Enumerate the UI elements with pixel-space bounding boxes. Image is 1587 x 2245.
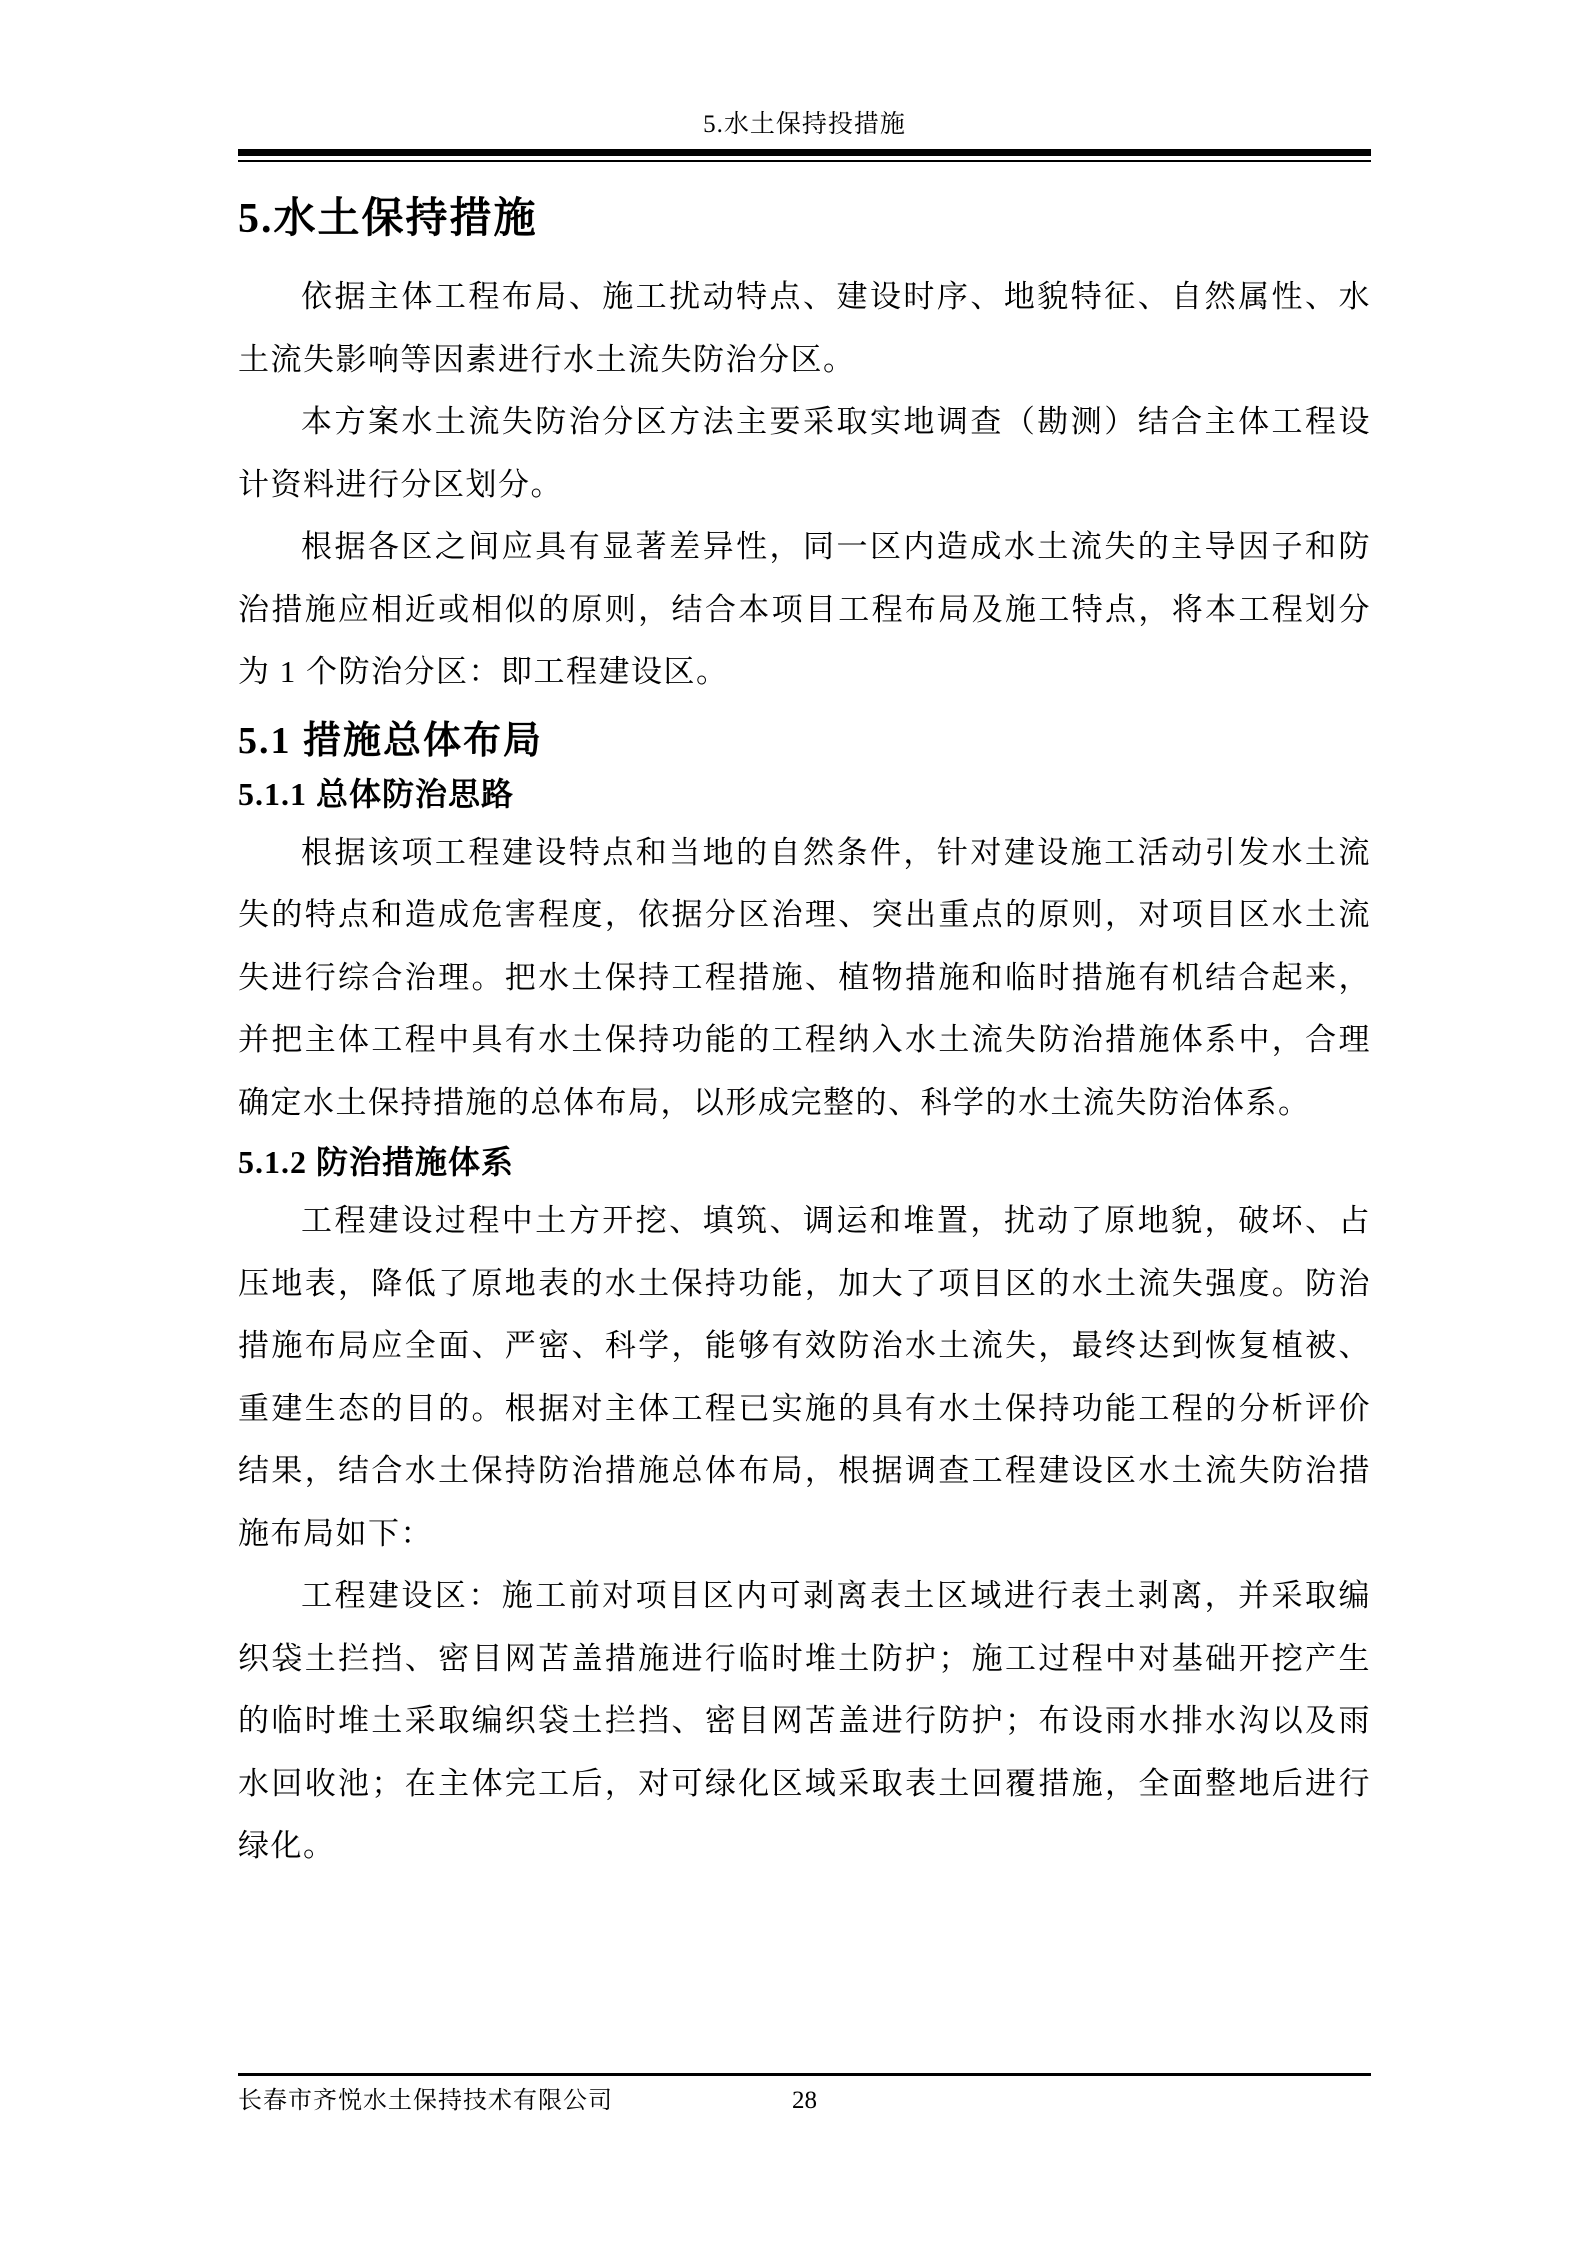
- header-rule-thin: [238, 160, 1371, 162]
- paragraph-intro-2: 本方案水土流失防治分区方法主要采取实地调查（勘测）结合主体工程设计资料进行分区划…: [238, 391, 1371, 516]
- document-page: 5.水土保持投措施 5.水土保持措施 依据主体工程布局、施工扰动特点、建设时序、…: [0, 0, 1587, 2245]
- header-rule-thick: [238, 149, 1371, 156]
- running-header-title: 5.水土保持投措施: [238, 108, 1371, 142]
- paragraph-intro-1: 依据主体工程布局、施工扰动特点、建设时序、地貌特征、自然属性、水土流失影响等因素…: [238, 266, 1371, 391]
- document-content: 5.水土保持措施 依据主体工程布局、施工扰动特点、建设时序、地貌特征、自然属性、…: [238, 196, 1371, 1878]
- footer-rule: [238, 2073, 1371, 2076]
- paragraph-5-1-2-b: 工程建设区：施工前对项目区内可剥离表土区域进行表土剥离，并采取编织袋土拦挡、密目…: [238, 1565, 1371, 1878]
- subsection-heading-5-1-2: 5.1.2 防治措施体系: [238, 1142, 1371, 1182]
- paragraph-5-1-1: 根据该项工程建设特点和当地的自然条件，针对建设施工活动引发水土流失的特点和造成危…: [238, 822, 1371, 1135]
- paragraph-intro-3: 根据各区之间应具有显著差异性，同一区内造成水土流失的主导因子和防治措施应相近或相…: [238, 516, 1371, 704]
- footer-page-number: 28: [792, 2084, 817, 2118]
- section-heading-5-1: 5.1 措施总体布局: [238, 718, 1371, 764]
- subsection-heading-5-1-1: 5.1.1 总体防治思路: [238, 774, 1371, 814]
- chapter-title: 5.水土保持措施: [238, 196, 1371, 242]
- paragraph-5-1-2-a: 工程建设过程中土方开挖、填筑、调运和堆置，扰动了原地貌，破坏、占压地表，降低了原…: [238, 1190, 1371, 1565]
- running-footer: 长春市齐悦水土保持技术有限公司 28: [238, 2084, 1371, 2118]
- footer-company-name: 长春市齐悦水土保持技术有限公司: [238, 2084, 613, 2118]
